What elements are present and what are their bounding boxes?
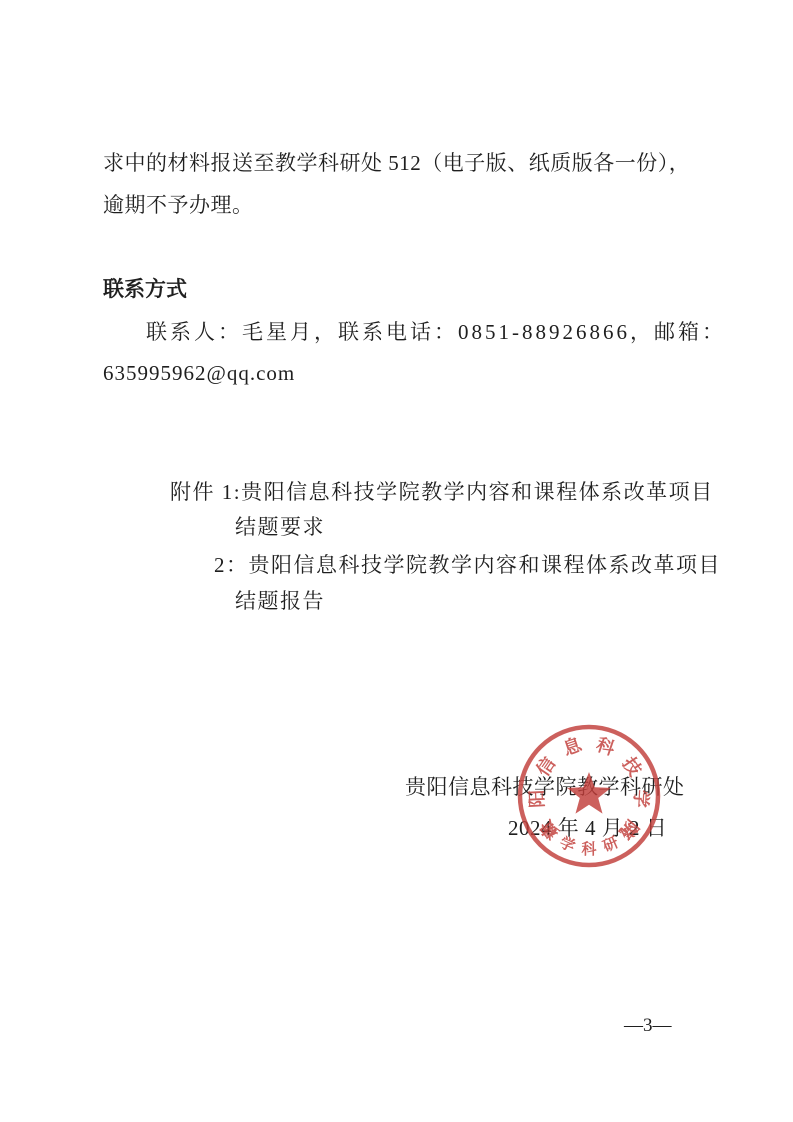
body-paragraph-continuation-line-2: 逾期不予办理。 xyxy=(103,194,254,216)
attachment-2-title-wrap-line: 结题报告 xyxy=(235,590,325,612)
body-paragraph-continuation-line-1: 求中的材料报送至教学科研处 512（电子版、纸质版各一份）， xyxy=(103,152,690,174)
seal-bottom-char: 科 xyxy=(580,840,597,858)
attachment-1-title-line: 附件 1:贵阳信息科技学院教学内容和课程体系改革项目 xyxy=(170,481,714,503)
page-number: —3— xyxy=(624,1016,672,1036)
document-page: 求中的材料报送至教学科研处 512（电子版、纸质版各一份）， 逾期不予办理。 联… xyxy=(0,0,793,1122)
signature-organization: 贵阳信息科技学院教学科研处 xyxy=(405,776,685,798)
attachment-2-title-line: 2：贵阳信息科技学院教学内容和课程体系改革项目 xyxy=(214,554,721,576)
seal-ring-char: 息 xyxy=(560,733,585,759)
signature-date: 2024 年 4 月 2 日 xyxy=(508,817,667,839)
contact-email-line: 635995962@qq.com xyxy=(103,362,295,384)
attachment-1-title-wrap-line: 结题要求 xyxy=(235,516,325,538)
contact-person-phone-line: 联系人：毛星月，联系电话：0851-88926866，邮箱： xyxy=(146,321,726,343)
contact-section-heading: 联系方式 xyxy=(103,279,187,301)
seal-ring-char: 科 xyxy=(594,733,619,759)
